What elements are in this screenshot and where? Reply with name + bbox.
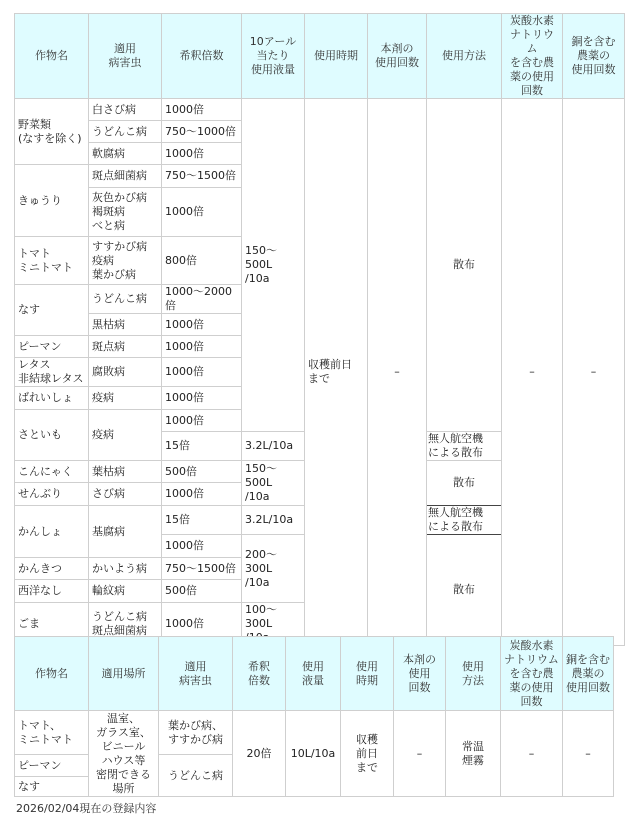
pest-cell: さび病 <box>89 483 162 506</box>
dilution-cell: 1000倍 <box>162 358 242 387</box>
pest-cell: すすかび病 疫病 葉かび病 <box>89 237 162 285</box>
pest-cell: 基腐病 <box>89 506 162 558</box>
copper-count-cell: – <box>563 99 625 646</box>
pest-cell: うどんこ病 <box>159 755 233 797</box>
place-cell: 温室、 ガラス室、 ビニール ハウス等 密閉できる 場所 <box>89 711 159 797</box>
count-cell: – <box>368 99 427 646</box>
pest-cell: 軟腐病 <box>89 143 162 165</box>
dilution-cell: 1000倍 <box>162 483 242 506</box>
header-copper-count: 銅を含む 農薬の 使用回数 <box>563 14 625 99</box>
dilution-cell: 1000倍 <box>162 314 242 336</box>
crop-cell: せんぶり <box>15 483 89 506</box>
method-cell: 散布 <box>427 535 502 646</box>
header-method: 使用 方法 <box>446 637 501 711</box>
volume-cell: 200〜300L /10a <box>242 535 305 603</box>
pest-cell: うどんこ病 <box>89 285 162 314</box>
volume-cell: 3.2L/10a <box>242 432 305 461</box>
header-method: 使用方法 <box>427 14 502 99</box>
crop-cell: ピーマン <box>15 755 89 777</box>
crop-cell: 野菜類 (なすを除く) <box>15 99 89 165</box>
header-copper-count: 銅を含む 農薬の 使用回数 <box>563 637 614 711</box>
header-volume: 10アール 当たり 使用液量 <box>242 14 305 99</box>
method-cell: 常温 煙霧 <box>446 711 501 797</box>
header-row: 作物名 適用 病害虫 希釈倍数 10アール 当たり 使用液量 使用時期 本剤の … <box>15 14 625 99</box>
pest-cell: 腐敗病 <box>89 358 162 387</box>
method-cell: 無人航空機 による散布 <box>427 506 502 535</box>
crop-cell: こんにゃく <box>15 461 89 483</box>
pest-cell: 輪紋病 <box>89 580 162 603</box>
volume-cell: 10L/10a <box>286 711 341 797</box>
pest-cell: 斑点病 <box>89 336 162 358</box>
dilution-cell: 15倍 <box>162 506 242 535</box>
volume-cell: 3.2L/10a <box>242 506 305 535</box>
header-sodium-count: 炭酸水素 ナトリウム を含む農 薬の使用 回数 <box>502 14 563 99</box>
crop-cell: トマト、 ミニトマト <box>15 711 89 755</box>
crop-cell: レタス 非結球レタス <box>15 358 89 387</box>
dilution-cell: 750〜1500倍 <box>162 558 242 580</box>
dilution-cell: 1000〜2000倍 <box>162 285 242 314</box>
header-count: 本剤の 使用回数 <box>368 14 427 99</box>
pest-cell: 白さび病 <box>89 99 162 121</box>
header-row: 作物名 適用場所 適用 病害虫 希釈 倍数 使用 液量 使用 時期 本剤の 使用… <box>15 637 614 711</box>
header-volume: 使用 液量 <box>286 637 341 711</box>
header-pest: 適用 病害虫 <box>89 14 162 99</box>
dilution-cell: 500倍 <box>162 461 242 483</box>
header-pest: 適用 病害虫 <box>159 637 233 711</box>
pest-cell: 葉かび病、 すすかび病 <box>159 711 233 755</box>
crop-cell: きゅうり <box>15 165 89 237</box>
pest-cell: かいよう病 <box>89 558 162 580</box>
method-cell: 散布 <box>427 99 502 432</box>
crop-cell: さといも <box>15 410 89 461</box>
header-place: 適用場所 <box>89 637 159 711</box>
pest-cell: 疫病 <box>89 387 162 410</box>
header-crop: 作物名 <box>15 637 89 711</box>
dilution-cell: 750〜1000倍 <box>162 121 242 143</box>
count-cell: – <box>394 711 446 797</box>
dilution-cell: 1000倍 <box>162 535 242 558</box>
table-row: トマト、 ミニトマト 温室、 ガラス室、 ビニール ハウス等 密閉できる 場所 … <box>15 711 614 755</box>
dilution-cell: 800倍 <box>162 237 242 285</box>
timing-cell: 収穫前日 まで <box>305 99 368 646</box>
header-crop: 作物名 <box>15 14 89 99</box>
crop-cell: 西洋なし <box>15 580 89 603</box>
pest-cell: 葉枯病 <box>89 461 162 483</box>
pest-cell: うどんこ病 <box>89 121 162 143</box>
dilution-cell: 1000倍 <box>162 410 242 432</box>
header-timing: 使用時期 <box>305 14 368 99</box>
dilution-cell: 15倍 <box>162 432 242 461</box>
pest-cell: 灰色かび病 褐斑病 べと病 <box>89 188 162 237</box>
timing-cell: 収穫 前日 まで <box>341 711 394 797</box>
crop-cell: ばれいしょ <box>15 387 89 410</box>
header-count: 本剤の 使用 回数 <box>394 637 446 711</box>
volume-cell: 150〜500L /10a <box>242 99 305 432</box>
method-cell: 無人航空機 による散布 <box>427 432 502 461</box>
pest-cell: 黒枯病 <box>89 314 162 336</box>
pest-cell: 斑点細菌病 <box>89 165 162 188</box>
fumigation-registration-table: 作物名 適用場所 適用 病害虫 希釈 倍数 使用 液量 使用 時期 本剤の 使用… <box>14 636 614 797</box>
registration-date-note: 2026/02/04現在の登録内容 <box>16 800 156 816</box>
crop-cell: かんきつ <box>15 558 89 580</box>
dilution-cell: 500倍 <box>162 580 242 603</box>
dilution-cell: 1000倍 <box>162 143 242 165</box>
header-dilution: 希釈倍数 <box>162 14 242 99</box>
sodium-count-cell: – <box>502 99 563 646</box>
crop-cell: ピーマン <box>15 336 89 358</box>
header-timing: 使用 時期 <box>341 637 394 711</box>
table-row: 野菜類 (なすを除く) 白さび病 1000倍 150〜500L /10a 収穫前… <box>15 99 625 121</box>
dilution-cell: 1000倍 <box>162 188 242 237</box>
pesticide-registration-table: 作物名 適用 病害虫 希釈倍数 10アール 当たり 使用液量 使用時期 本剤の … <box>14 13 625 646</box>
crop-cell: なす <box>15 285 89 336</box>
method-cell: 散布 <box>427 461 502 506</box>
dilution-cell: 1000倍 <box>162 387 242 410</box>
dilution-cell: 1000倍 <box>162 336 242 358</box>
crop-cell: かんしょ <box>15 506 89 558</box>
dilution-cell: 20倍 <box>233 711 286 797</box>
volume-cell: 150〜500L /10a <box>242 461 305 506</box>
dilution-cell: 750〜1500倍 <box>162 165 242 188</box>
header-sodium-count: 炭酸水素 ナトリウム を含む農 薬の使用 回数 <box>501 637 563 711</box>
copper-count-cell: – <box>563 711 614 797</box>
header-dilution: 希釈 倍数 <box>233 637 286 711</box>
dilution-cell: 1000倍 <box>162 99 242 121</box>
pest-cell: 疫病 <box>89 410 162 461</box>
crop-cell: なす <box>15 777 89 797</box>
sodium-count-cell: – <box>501 711 563 797</box>
crop-cell: トマト ミニトマト <box>15 237 89 285</box>
